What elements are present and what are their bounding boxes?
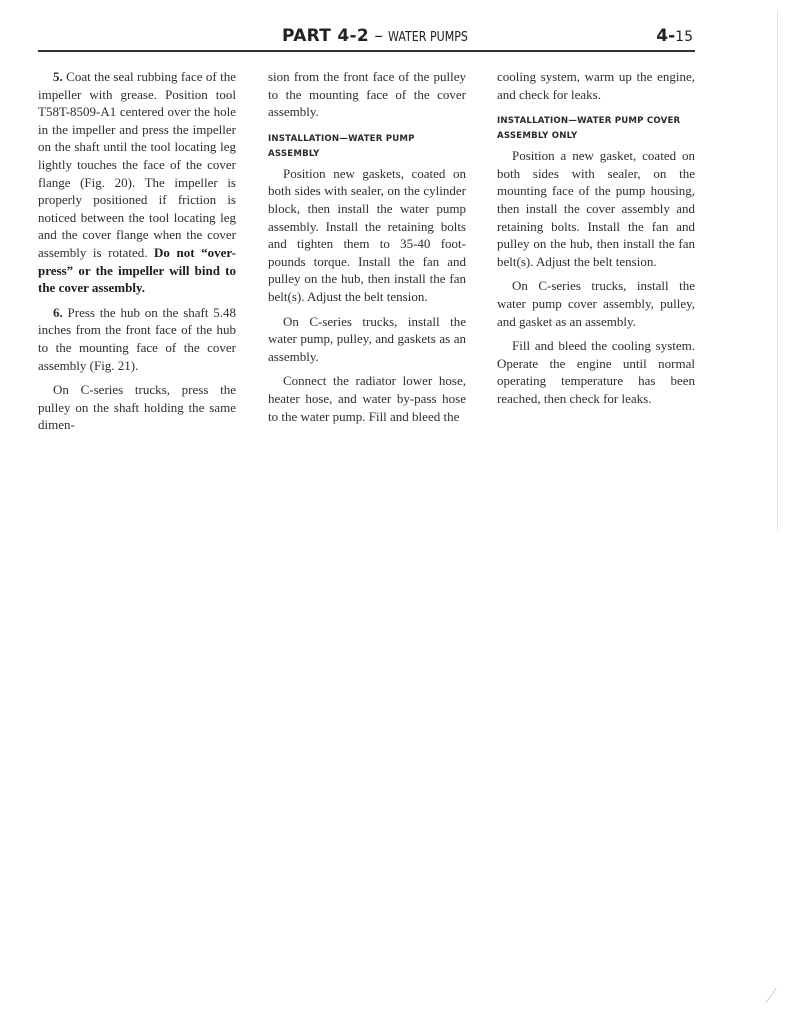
section-title: WATER PUMPS bbox=[388, 30, 468, 45]
paragraph-text: Coat the seal rubbing face of the impell… bbox=[38, 69, 236, 260]
paragraph: Position new gaskets, coated on both sid… bbox=[268, 165, 466, 306]
section-heading: INSTALLATION—WATER PUMP ASSEMBLY bbox=[268, 132, 466, 162]
page-edge-line bbox=[777, 10, 778, 530]
page-number-value: 15 bbox=[675, 29, 693, 45]
step-number: 5. bbox=[53, 69, 63, 84]
text-column-2: sion from the front face of the pulley t… bbox=[268, 68, 466, 432]
paragraph-continued: cooling system, warm up the engine, and … bbox=[497, 68, 695, 103]
step-number: 6. bbox=[53, 305, 63, 320]
part-label: PART 4-2 bbox=[282, 26, 369, 46]
paragraph: On C-series trucks, press the pulley on … bbox=[38, 381, 236, 434]
paragraph-continued: sion from the front face of the pulley t… bbox=[268, 68, 466, 121]
page-header: PART 4-2 – WATER PUMPS 4-15 bbox=[38, 24, 695, 50]
section-heading: INSTALLATION—WATER PUMP COVER ASSEMBLY O… bbox=[497, 114, 695, 144]
step-6-paragraph: 6. Press the hub on the shaft 5.48 inche… bbox=[38, 304, 236, 374]
paragraph: Connect the radiator lower hose, heater … bbox=[268, 372, 466, 425]
text-column-1: 5. Coat the seal rubbing face of the imp… bbox=[38, 68, 236, 441]
page-number: 4-15 bbox=[656, 26, 693, 46]
header-rule bbox=[38, 50, 695, 52]
paragraph: On C-series trucks, install the water pu… bbox=[268, 313, 466, 366]
paragraph: On C-series trucks, install the water pu… bbox=[497, 277, 695, 330]
text-column-3: cooling system, warm up the engine, and … bbox=[497, 68, 695, 415]
running-title: PART 4-2 – WATER PUMPS bbox=[282, 26, 482, 46]
paragraph: Fill and bleed the cooling system. Opera… bbox=[497, 337, 695, 407]
title-separator: – bbox=[369, 26, 388, 46]
corner-mark bbox=[765, 988, 776, 1003]
paragraph-text: Press the hub on the shaft 5.48 inches f… bbox=[38, 305, 236, 373]
step-5-paragraph: 5. Coat the seal rubbing face of the imp… bbox=[38, 68, 236, 297]
paragraph: Position a new gasket, coated on both si… bbox=[497, 147, 695, 270]
page-number-prefix: 4- bbox=[656, 26, 675, 46]
